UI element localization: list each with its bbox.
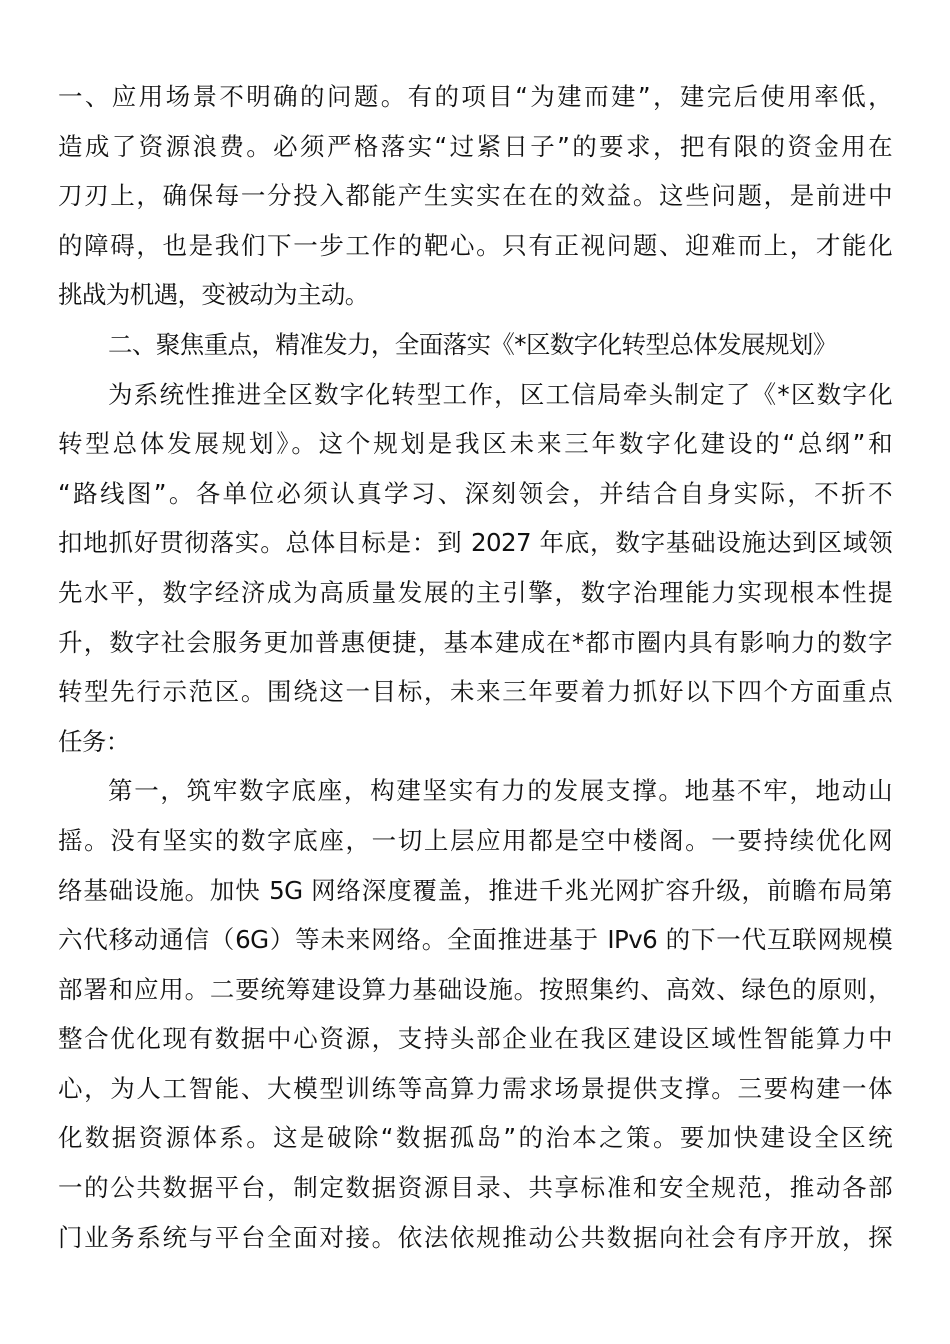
text-line: 为系统性推进全区数字化转型工作，区工信局牵头制定了《*区数字化 (58, 370, 892, 420)
text-line: 络基础设施。加快 5G 网络深度覆盖，推进千兆光网扩容升级，前瞻布局第 (58, 866, 892, 916)
text-line: 任务： (58, 717, 892, 767)
heading-line: 二、聚焦重点，精准发力，全面落实《*区数字化转型总体发展规划》 (58, 320, 892, 370)
text-line: 一、应用场景不明确的问题。有的项目“为建而建”，建完后使用率低， (58, 72, 892, 122)
text-line: 摇。没有坚实的数字底座，一切上层应用都是空中楼阁。一要持续优化网 (58, 816, 892, 866)
text-line: 六代移动通信（6G）等未来网络。全面推进基于 IPv6 的下一代互联网规模 (58, 915, 892, 965)
text-line: 挑战为机遇，变被动为主动。 (58, 270, 892, 320)
text-line: 扣地抓好贯彻落实。总体目标是：到 2027 年底，数字基础设施达到区域领 (58, 518, 892, 568)
text-line: 心，为人工智能、大模型训练等高算力需求场景提供支撑。三要构建一体 (58, 1064, 892, 1114)
text-line: 整合优化现有数据中心资源，支持头部企业在我区建设区域性智能算力中 (58, 1014, 892, 1064)
document-page: 一、应用场景不明确的问题。有的项目“为建而建”，建完后使用率低， 造成了资源浪费… (58, 72, 892, 1262)
text-line: 刀刃上，确保每一分投入都能产生实实在在的效益。这些问题，是前进中 (58, 171, 892, 221)
text-line: 先水平，数字经济成为高质量发展的主引擎，数字治理能力实现根本性提 (58, 568, 892, 618)
text-line: “路线图”。各单位必须认真学习、深刻领会，并结合自身实际，不折不 (58, 469, 892, 519)
text-line: 转型总体发展规划》。这个规划是我区未来三年数字化建设的“总纲”和 (58, 419, 892, 469)
section-heading: 二、聚焦重点，精准发力，全面落实《*区数字化转型总体发展规划》 (58, 320, 892, 370)
paragraph-digital-foundation: 第一，筑牢数字底座，构建坚实有力的发展支撑。地基不牢，地动山 摇。没有坚实的数字… (58, 766, 892, 1262)
text-line: 转型先行示范区。围绕这一目标，未来三年要着力抓好以下四个方面重点 (58, 667, 892, 717)
text-line: 升，数字社会服务更加普惠便捷，基本建成在*都市圈内具有影响力的数字 (58, 618, 892, 668)
paragraph-problem-1: 一、应用场景不明确的问题。有的项目“为建而建”，建完后使用率低， 造成了资源浪费… (58, 72, 892, 320)
text-line: 门业务系统与平台全面对接。依法依规推动公共数据向社会有序开放，探 (58, 1213, 892, 1263)
text-line: 化数据资源体系。这是破除“数据孤岛”的治本之策。要加快建设全区统 (58, 1113, 892, 1163)
text-line: 一的公共数据平台，制定数据资源目录、共享标准和安全规范，推动各部 (58, 1163, 892, 1213)
paragraph-plan-overview: 为系统性推进全区数字化转型工作，区工信局牵头制定了《*区数字化 转型总体发展规划… (58, 370, 892, 767)
text-line: 的障碍，也是我们下一步工作的靶心。只有正视问题、迎难而上，才能化 (58, 221, 892, 271)
text-line: 部署和应用。二要统筹建设算力基础设施。按照集约、高效、绿色的原则， (58, 965, 892, 1015)
text-line: 第一，筑牢数字底座，构建坚实有力的发展支撑。地基不牢，地动山 (58, 766, 892, 816)
text-line: 造成了资源浪费。必须严格落实“过紧日子”的要求，把有限的资金用在 (58, 122, 892, 172)
